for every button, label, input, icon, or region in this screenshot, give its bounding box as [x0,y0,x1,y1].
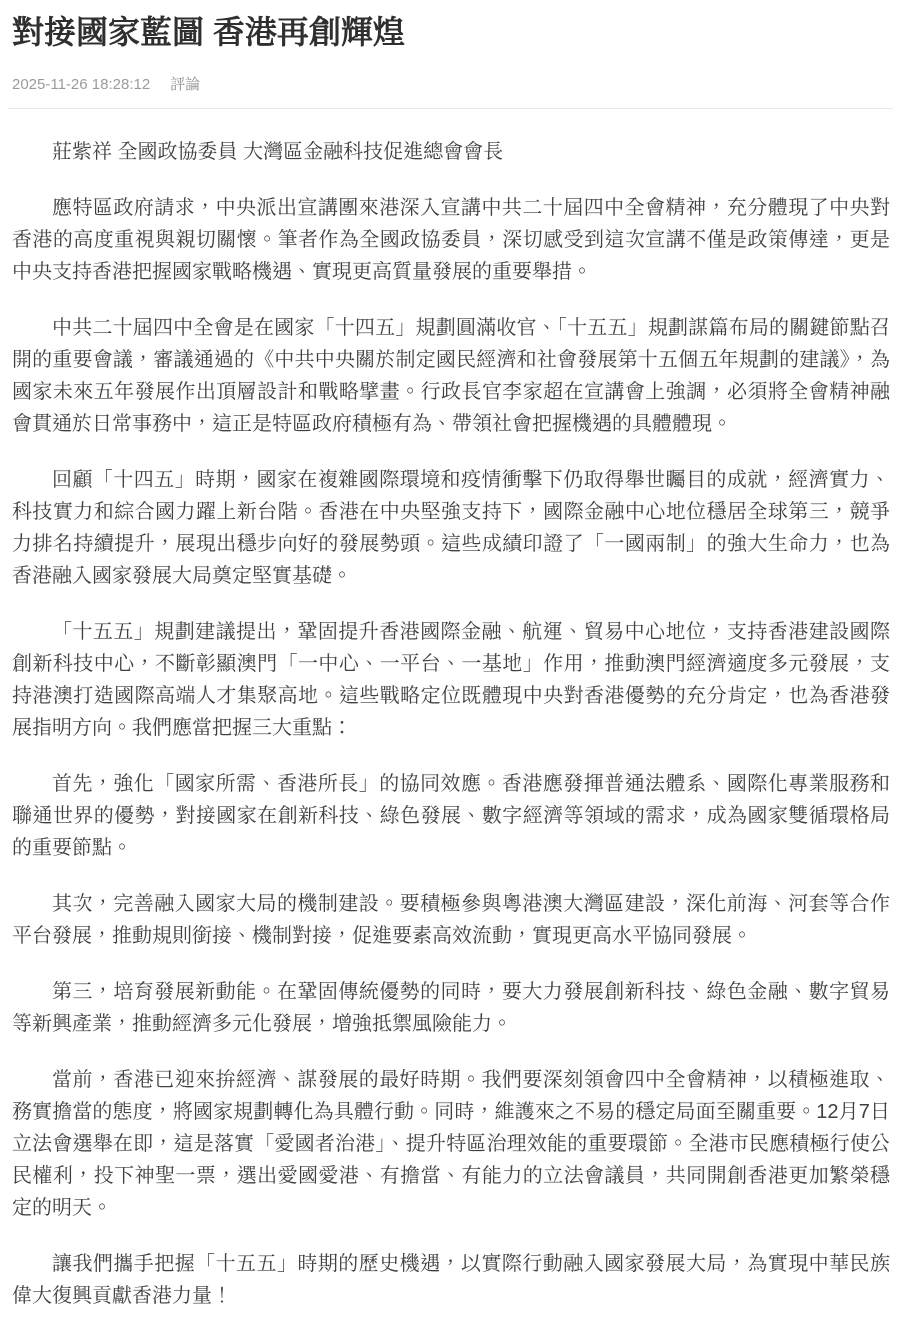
article-paragraph: 回顧「十四五」時期，國家在複雜國際環境和疫情衝擊下仍取得舉世矚目的成就，經濟實力… [12,464,890,592]
article-paragraph: 第三，培育發展新動能。在鞏固傳統優勢的同時，要大力發展創新科技、綠色金融、數字貿… [12,976,890,1040]
header-divider [8,108,893,109]
article-paragraph: 當前，香港已迎來拚經濟、謀發展的最好時期。我們要深刻領會四中全會精神，以積極進取… [12,1064,890,1224]
article-meta: 2025-11-26 18:28:12 評論 [12,76,890,94]
page-title: 對接國家藍圖 香港再創輝煌 [12,12,890,52]
article-paragraph: 應特區政府請求，中央派出宣講團來港深入宣講中共二十屆四中全會精神，充分體現了中央… [12,192,890,288]
article-body: 莊紫祥 全國政協委員 大灣區金融科技促進總會會長 應特區政府請求，中央派出宣講團… [12,136,890,1312]
article-paragraph: 中共二十屆四中全會是在國家「十四五」規劃圓滿收官、「十五五」規劃謀篇布局的關鍵節… [12,312,890,440]
category-link[interactable]: 評論 [170,76,200,94]
author-byline: 莊紫祥 全國政協委員 大灣區金融科技促進總會會長 [12,136,890,168]
article-page: 對接國家藍圖 香港再創輝煌 2025-11-26 18:28:12 評論 莊紫祥… [0,0,901,1342]
article-paragraph: 「十五五」規劃建議提出，鞏固提升香港國際金融、航運、貿易中心地位，支持香港建設國… [12,616,890,744]
article-paragraph: 讓我們攜手把握「十五五」時期的歷史機遇，以實際行動融入國家發展大局，為實現中華民… [12,1248,890,1312]
article-paragraph: 其次，完善融入國家大局的機制建設。要積極參與粵港澳大灣區建設，深化前海、河套等合… [12,888,890,952]
article-header: 對接國家藍圖 香港再創輝煌 2025-11-26 18:28:12 評論 [12,12,890,109]
article-paragraph: 首先，強化「國家所需、香港所長」的協同效應。香港應發揮普通法體系、國際化專業服務… [12,768,890,864]
publish-timestamp: 2025-11-26 18:28:12 [12,76,150,94]
